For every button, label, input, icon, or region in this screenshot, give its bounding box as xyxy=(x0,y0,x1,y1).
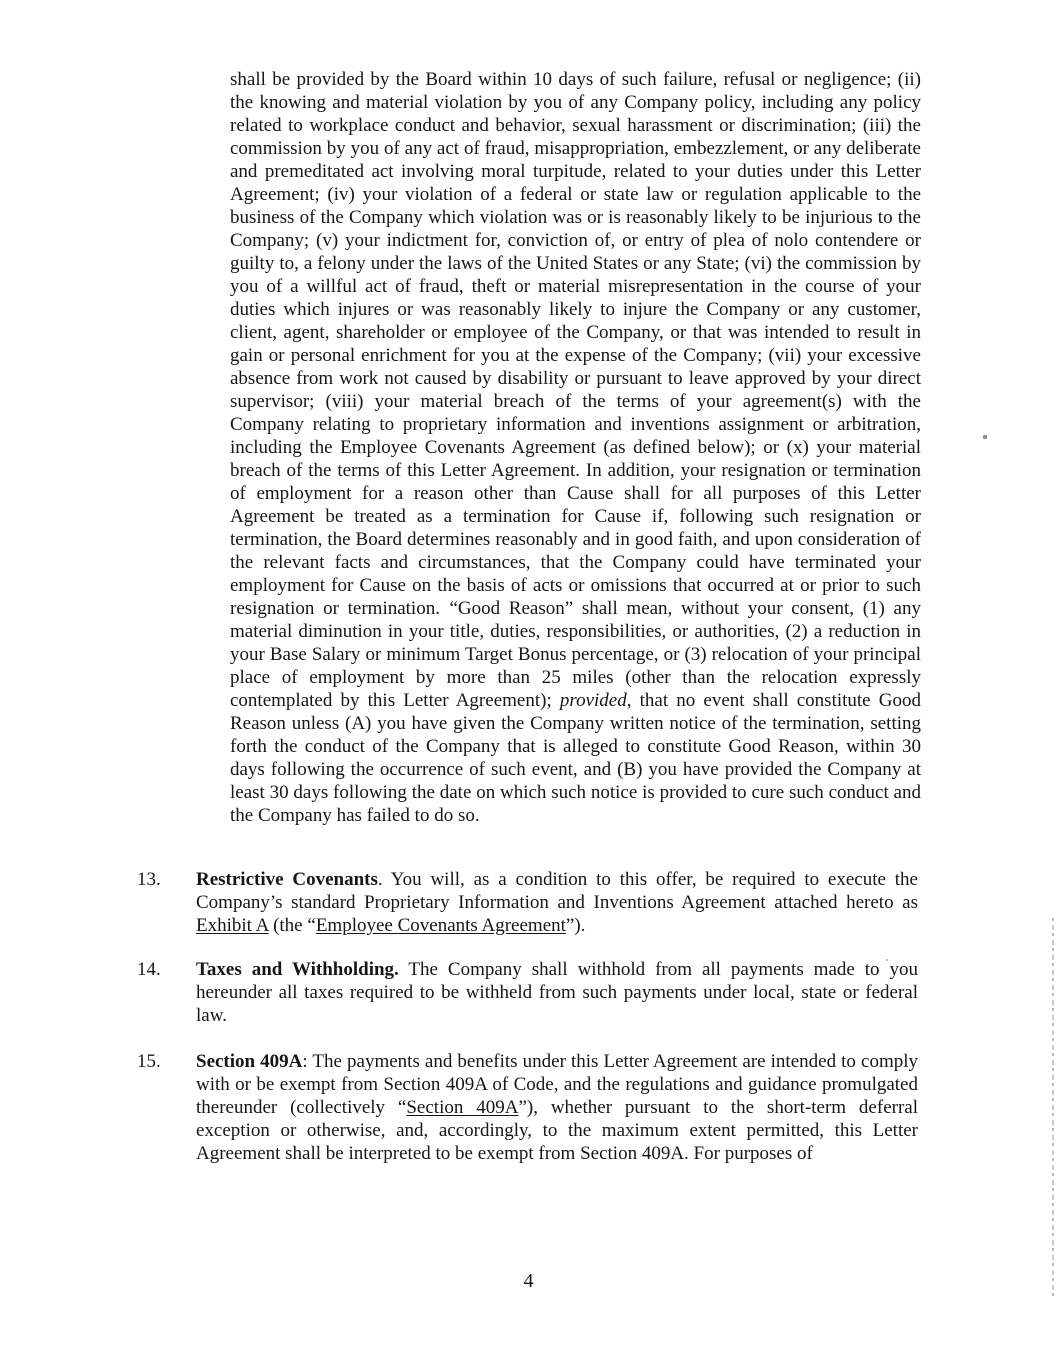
section-number: 15. xyxy=(137,1050,196,1165)
employee-covenants-agreement-reference: Employee Covenants Agreement xyxy=(316,915,566,936)
scan-artifact-speck xyxy=(886,959,888,961)
text-segment: (the “ xyxy=(268,915,315,936)
scan-artifact-dashed-line xyxy=(1052,918,1054,1300)
section-14-taxes-and-withholding: 14. Taxes and Withholding. The Company s… xyxy=(137,958,918,1027)
section-body: Restrictive Covenants. You will, as a co… xyxy=(196,868,918,937)
text-segment: ”). xyxy=(566,915,586,936)
section-body: Section 409A: The payments and benefits … xyxy=(196,1050,918,1165)
paragraph-cause-definition: shall be provided by the Board within 10… xyxy=(230,68,921,827)
section-409a-reference: Section 409A xyxy=(406,1097,518,1118)
section-13-restrictive-covenants: 13. Restrictive Covenants. You will, as … xyxy=(137,868,918,937)
section-number: 14. xyxy=(137,958,196,1027)
section-title: Taxes and Withholding. xyxy=(196,959,399,980)
scan-artifact-speck xyxy=(983,435,987,439)
section-number: 13. xyxy=(137,868,196,937)
exhibit-a-reference: Exhibit A xyxy=(196,915,268,936)
page-number: 4 xyxy=(0,1270,1057,1293)
section-15-section-409a: 15. Section 409A: The payments and benef… xyxy=(137,1050,918,1165)
text-segment: shall be provided by the Board within 10… xyxy=(230,69,921,711)
scanned-letter-agreement-page: shall be provided by the Board within 10… xyxy=(0,0,1057,1365)
section-body: Taxes and Withholding. The Company shall… xyxy=(196,958,918,1027)
text-segment-italic-provided: provided xyxy=(560,690,627,711)
section-title: Section 409A xyxy=(196,1051,302,1072)
section-title: Restrictive Covenants xyxy=(196,869,378,890)
